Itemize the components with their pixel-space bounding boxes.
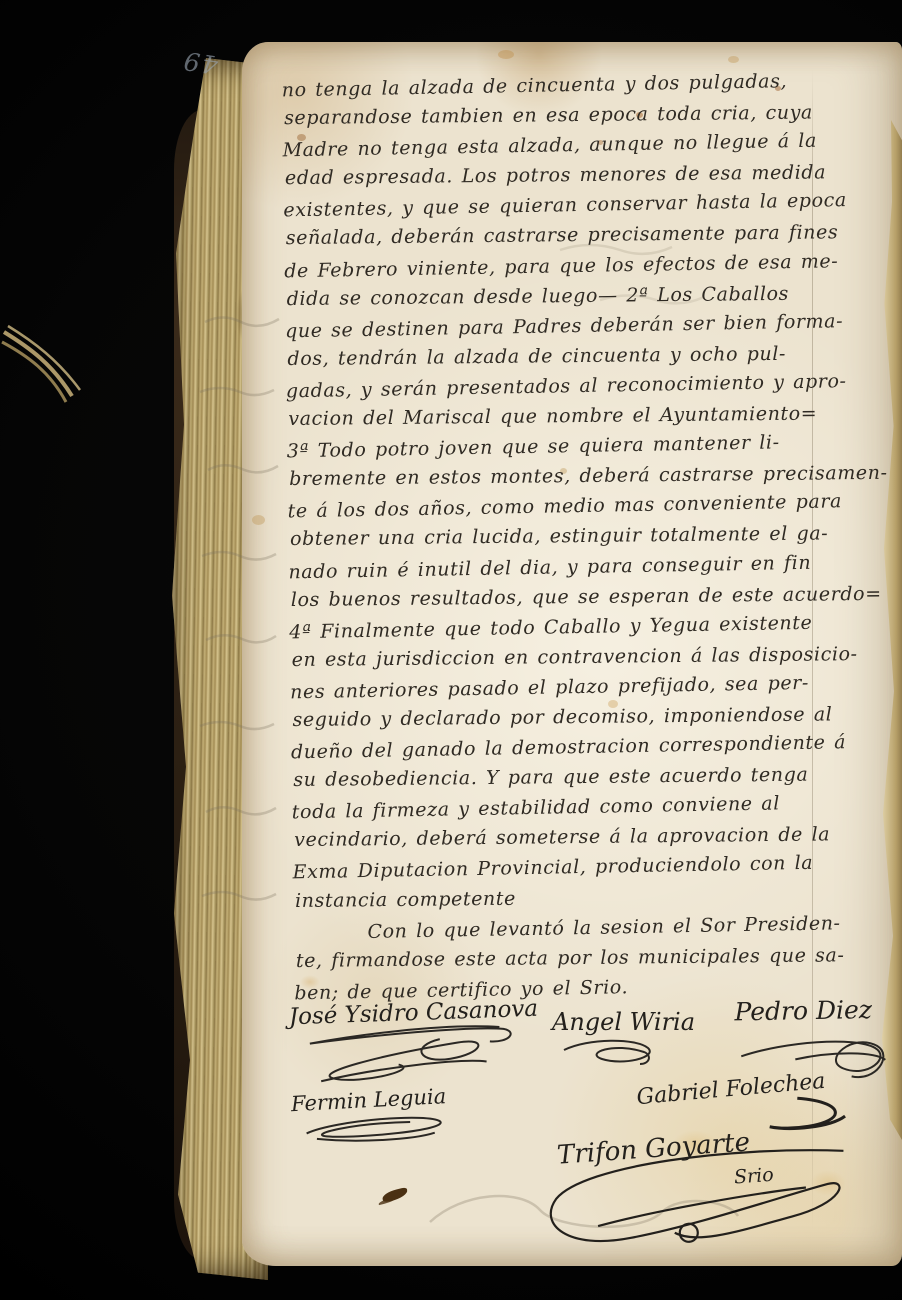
signature-angel-wiria: Angel Wiria [552, 1008, 695, 1070]
signature-jose-ysidro-casanova: José Ysidro Casanova [288, 996, 540, 1097]
folio-number: 49 [180, 46, 220, 80]
binding-cord [0, 320, 110, 430]
signature-name: Angel Wiria [552, 1008, 695, 1036]
stain [252, 515, 265, 525]
stain [498, 50, 514, 59]
signature-title: Srio [733, 1164, 774, 1189]
signature-fermin-leguia: Fermin Leguia [290, 1084, 453, 1156]
signature-flourish [552, 1036, 672, 1070]
signature-name: Pedro Diez [734, 995, 894, 1027]
stain [728, 56, 739, 63]
photograph-of-open-book: 49 no tenga la alzada de cincuenta y dos… [0, 0, 902, 1300]
signature-flourish [292, 1108, 454, 1156]
manuscript-body: no tenga la alzada de cincuenta y dos pu… [282, 66, 880, 1007]
signature-trifon-goyarte: Trifon Goyarte Srio [556, 1119, 870, 1264]
